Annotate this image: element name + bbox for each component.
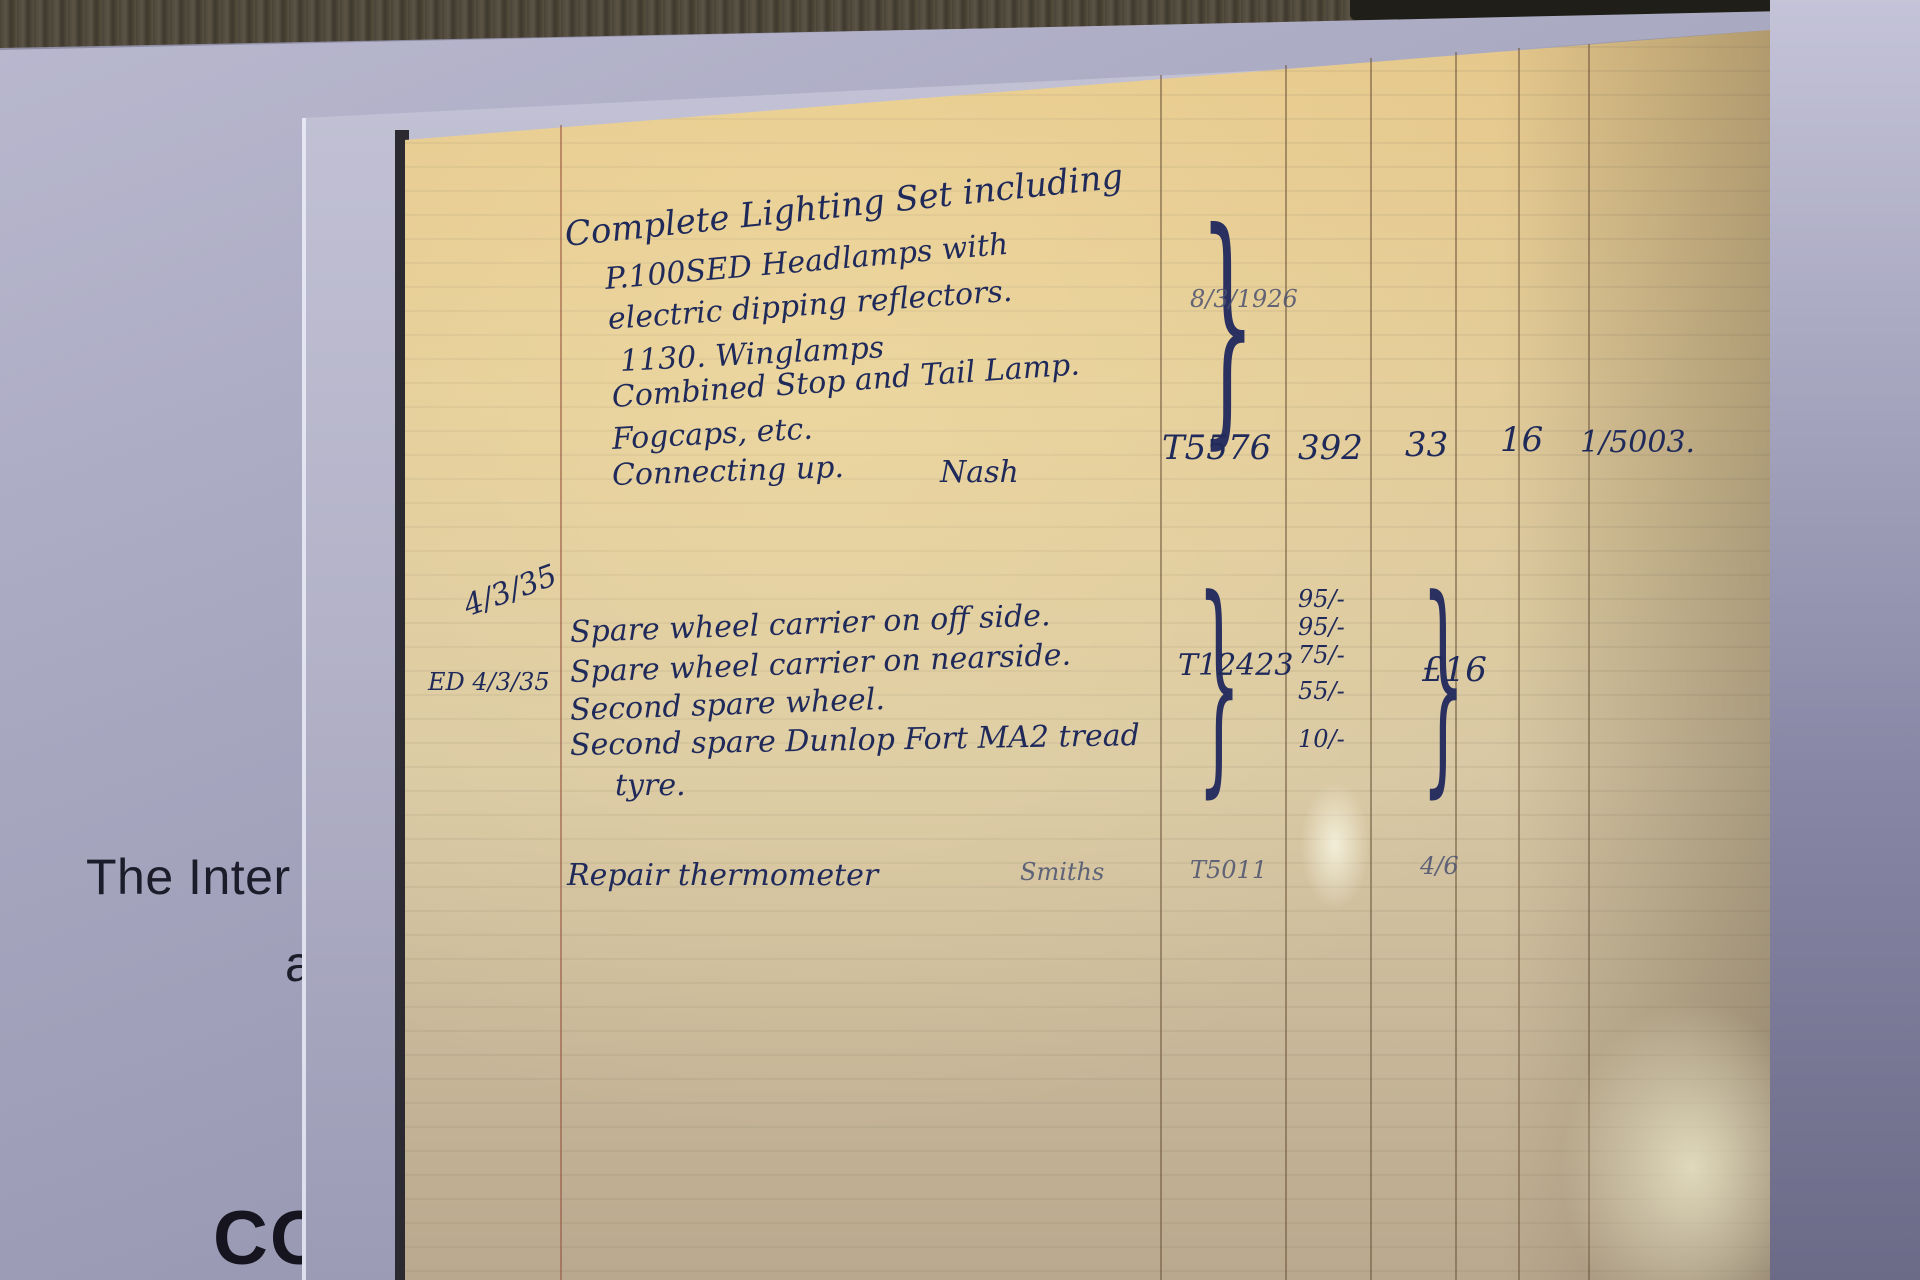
entry-stacked-value: 55/- bbox=[1298, 677, 1345, 705]
entry-stacked-value: 95/- bbox=[1298, 613, 1345, 641]
entry-description-line: Repair thermometer bbox=[567, 858, 878, 893]
frame-mat-right bbox=[1770, 0, 1920, 1280]
frame-mat-edge bbox=[302, 118, 306, 1280]
ledger-column-rule bbox=[1518, 48, 1520, 1280]
entry-ref: T12423 bbox=[1178, 648, 1293, 683]
entry-total: £16 bbox=[1422, 650, 1487, 690]
entry-total: 4/6 bbox=[1420, 852, 1459, 880]
light-glare bbox=[1300, 780, 1370, 910]
entry-col3: 33 bbox=[1405, 425, 1448, 465]
entry-col5: 1/5003. bbox=[1580, 425, 1695, 460]
brace-icon: } bbox=[1200, 200, 1256, 450]
background-document-title: The Inter bbox=[86, 848, 291, 906]
entry-stacked-value: 75/- bbox=[1298, 641, 1345, 669]
entry-ref: T5576 bbox=[1162, 428, 1271, 468]
entry-supplier: Smiths bbox=[1020, 858, 1104, 886]
entry-stacked-value: 95/- bbox=[1298, 585, 1345, 613]
entry-ref: T5011 bbox=[1190, 856, 1267, 884]
entry-col4: 16 bbox=[1500, 420, 1543, 460]
entry-date-secondary: ED 4/3/35 bbox=[428, 668, 550, 696]
light-glare bbox=[1560, 1000, 1780, 1280]
photo-scene: The Inter a CO Complete Lighting Set inc… bbox=[0, 0, 1920, 1280]
entry-description-line: tyre. bbox=[615, 768, 686, 803]
entry-bracket-note: 8/3/1926 bbox=[1190, 285, 1298, 313]
ledger-margin-line bbox=[560, 125, 562, 1280]
brace-icon: } bbox=[1197, 570, 1241, 800]
ledger-column-rule bbox=[1160, 75, 1162, 1280]
ledger-column-rule bbox=[1370, 58, 1372, 1280]
entry-stacked-value: 10/- bbox=[1298, 725, 1345, 753]
entry-supplier: Nash bbox=[940, 455, 1019, 490]
entry-col2: 392 bbox=[1298, 428, 1363, 468]
